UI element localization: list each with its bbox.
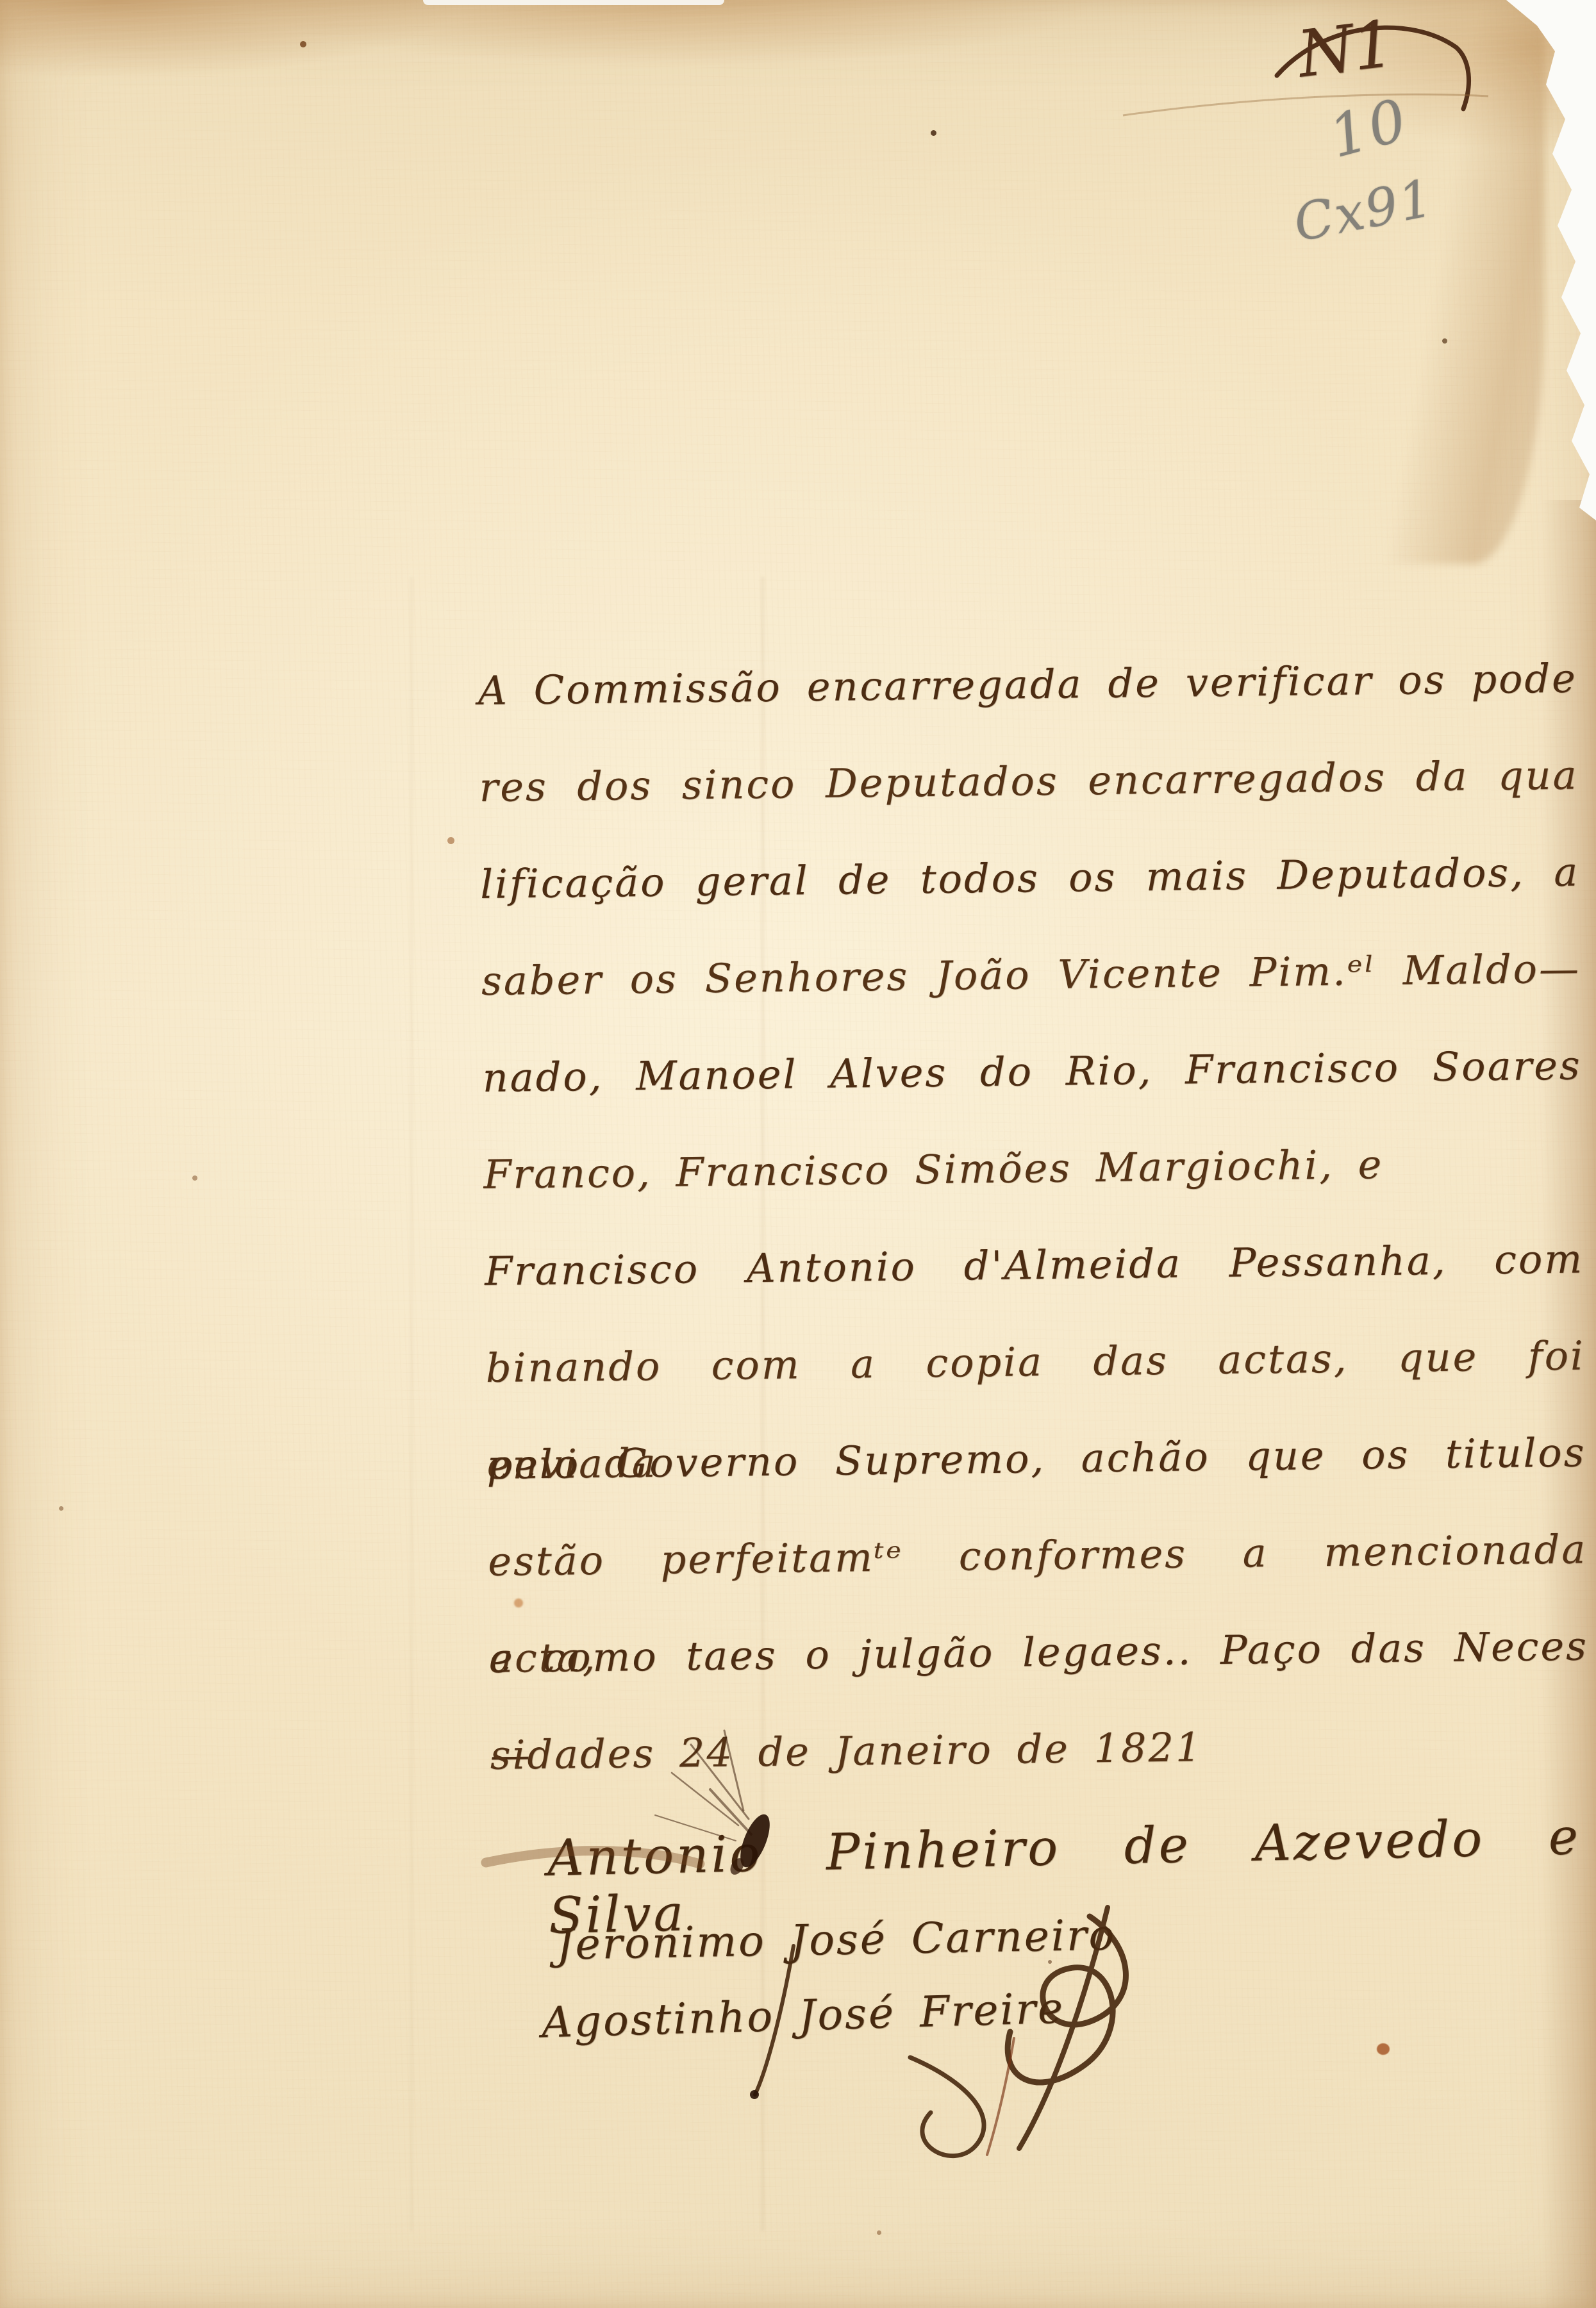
- paper-speck: [447, 837, 454, 844]
- manuscript-line-dateline: sidades 24 de Janeiro de 1821: [490, 1694, 1590, 1803]
- paper-stain-red: [1377, 2043, 1390, 2055]
- manuscript-line: nado, Manoel Alves do Rio, Francisco Soa…: [482, 1017, 1583, 1126]
- manuscript-line: Francisco Antonio d'Almeida Pessanha, co…: [484, 1210, 1584, 1319]
- manuscript-line: lificação geral de todos os mais Deputad…: [479, 824, 1580, 933]
- paper-speck: [192, 1175, 197, 1181]
- paper-speck: [59, 1506, 63, 1511]
- scanned-document: N1 10 Cx91 A Commissão encarregada de ve…: [0, 0, 1596, 2308]
- torn-edge-shading: [1384, 0, 1545, 564]
- top-edge-gap: [423, 0, 724, 5]
- paper-speck: [931, 130, 936, 136]
- fold-crease: [410, 577, 413, 2231]
- paper-speck: [300, 41, 306, 47]
- manuscript-line: A Commissão encarregada de verificar os …: [478, 630, 1578, 739]
- manuscript-line: saber os Senhores João Vicente Pim.ᵉˡ Ma…: [481, 920, 1581, 1029]
- manuscript-line: pelo Governo Supremo, achão que os titul…: [486, 1404, 1587, 1513]
- paper-speck: [877, 2230, 881, 2235]
- signature-jeronimo-jose-carneiro: Jeronimo José Carneiro: [556, 1910, 1116, 1969]
- manuscript-line: estão perfeitamᵗᵉ conformes a mencionada…: [487, 1500, 1588, 1609]
- archival-ink-number: N1: [1293, 6, 1396, 92]
- manuscript-line: e como taes o julgão legaes.. Paço das N…: [488, 1597, 1589, 1706]
- manuscript-line: binando com a copia das actas, que foi e…: [485, 1307, 1586, 1416]
- manuscript-line: Franco, Francisco Simões Margiochi, e: [483, 1113, 1584, 1222]
- manuscript-line: res dos sinco Deputados encarregados da …: [479, 727, 1579, 836]
- letter-body: A Commissão encarregada de verificar os …: [478, 630, 1590, 1804]
